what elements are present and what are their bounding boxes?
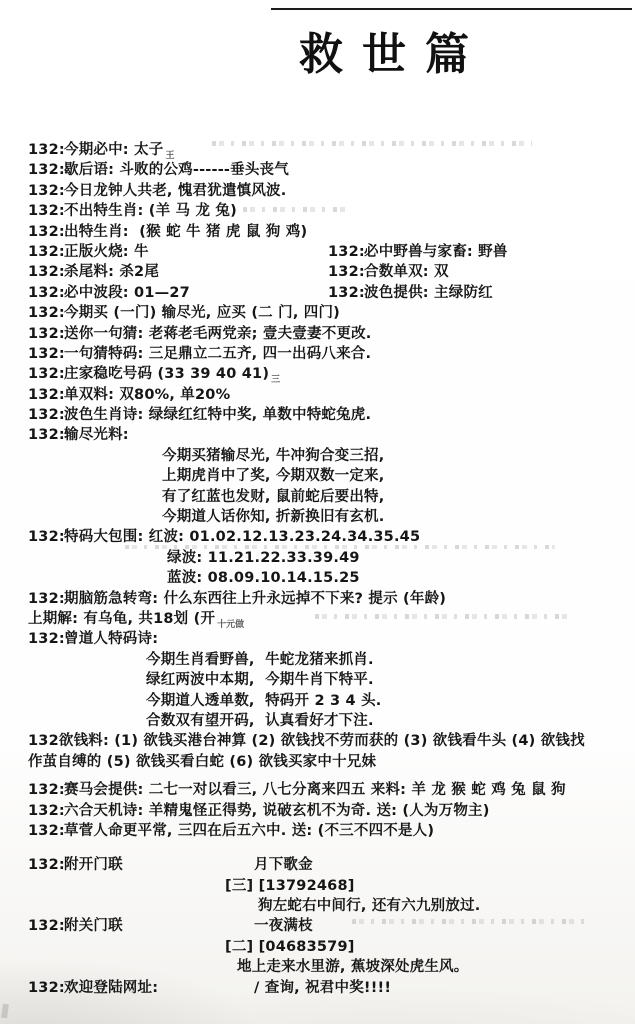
line-text: 有了红蓝也发财, 鼠前蛇后要出特,	[162, 489, 384, 505]
line-text: 今期买 (一门) 输尽光, 应买 (二 门, 四门)	[64, 305, 340, 321]
poem-line: 上期虎肖中了奖, 今期双数一定来,	[0, 464, 635, 484]
wave-numbers: 绿波: 11.21.22.33.39.49	[0, 546, 635, 566]
couplet-code: [二] [04683579]	[0, 935, 635, 955]
issue-line: 132:六合天机诗: 羊精鬼怪正得势, 说破玄机不为奇. 送: (人为万物主)	[0, 799, 635, 819]
issue-number: 132:	[28, 366, 64, 382]
line-text: 庄家稳吃号码 (33 39 40 41)	[64, 366, 269, 382]
line-text: 波色生肖诗: 绿绿红红特中奖, 单数中特蛇兔虎.	[64, 407, 371, 423]
line-text: 合数双有望开码, 认真看好才下注.	[146, 713, 374, 729]
wave-numbers: 蓝波: 08.09.10.14.15.25	[0, 566, 635, 586]
label-right: 一夜满枝	[254, 918, 313, 934]
line-text: 附关门联	[64, 914, 254, 935]
line-text: 草菅人命更平常, 三四在后五六中. 送: (不三不四不是人)	[64, 823, 434, 839]
issue-number: 132:	[28, 782, 64, 798]
scan-noise	[212, 141, 532, 146]
line-text: 上期解: 有乌龟, 共18划 (开	[28, 611, 215, 627]
title-underline	[271, 8, 632, 10]
couplet-code: [三] [13792468]	[0, 874, 635, 894]
issue-number: 132:	[28, 803, 64, 819]
line-text: 作茧自缚的 (5) 欲钱买看白蛇 (6) 欲钱买家中十兄妹	[28, 754, 376, 770]
issue-number: 132:	[28, 203, 64, 219]
section-label-line: 132:欢迎登陆网址:/ 查询, 祝君中奖!!!!	[0, 976, 635, 996]
line-text: 绿红两波中本期, 今期牛肖下特平.	[146, 672, 374, 688]
line-text: 地上走来水里游, 蕉坡深处虎生风。	[237, 959, 468, 975]
line-text: 狗左蛇右中间行, 还有六九别放过.	[258, 898, 480, 914]
line-text: 今日龙钟人共老, 愧君犹遣慎风波.	[64, 183, 286, 199]
scan-noise	[243, 207, 348, 212]
line-text: 今期必中: 太子	[64, 142, 163, 158]
issue-line: 132:草菅人命更平常, 三四在后五六中. 送: (不三不四不是人)	[0, 819, 635, 839]
issue-number: 132:	[28, 264, 64, 280]
line-text: 赛马会提供: 二七一对以看三, 八七分离来四五 来料: 羊 龙 猴 蛇 鸡 兔 …	[64, 782, 566, 798]
issue-number: 132:	[28, 529, 64, 545]
line-text: 不出特生肖: (羊 马 龙 兔)	[64, 203, 237, 219]
issue-number: 132:	[28, 918, 64, 934]
line-text: 合数单双: 双	[364, 264, 449, 280]
line-text: 六合天机诗: 羊精鬼怪正得势, 说破玄机不为奇. 送: (人为万物主)	[64, 803, 490, 819]
line-text: 蓝波: 08.09.10.14.15.25	[167, 570, 360, 586]
section-label-line: 132:附关门联一夜满枝	[0, 914, 635, 934]
line-text: 波色提供: 主绿防红	[364, 285, 493, 301]
line-text: [二] [04683579]	[225, 939, 355, 955]
issue-line: 132:期脑筋急转弯: 什么东西往上升永远掉不下来? 提示 (年龄)	[0, 587, 635, 607]
issue-line: 132:赛马会提供: 二七一对以看三, 八七分离来四五 来料: 羊 龙 猴 蛇 …	[0, 778, 635, 798]
issue-number: 132:	[28, 407, 64, 423]
issue-number: 132:	[28, 387, 64, 403]
issue-number: 132:	[28, 591, 64, 607]
line-text: 附开门联	[64, 853, 254, 874]
issue-number: 132:	[28, 980, 64, 996]
issue-line-pair: 132:正版火烧: 牛132:必中野兽与家畜: 野兽	[0, 240, 635, 260]
issue-line-pair: 132:必中波段: 01—27132:波色提供: 主绿防红	[0, 281, 635, 301]
line-text: 送你一句猜: 老蒋老毛两党亲; 壹夫壹妻不更改.	[64, 326, 372, 342]
issue-number: 132:	[328, 264, 364, 280]
issue-number: 132:	[28, 142, 64, 158]
issue-line: 132:特码大包围: 红波: 01.02.12.13.23.24.34.35.4…	[0, 525, 635, 545]
line-text: [三] [13792468]	[225, 878, 355, 894]
poem-line: 今期生肖看野兽, 牛蛇龙猪来抓肖.	[0, 648, 635, 668]
issue-number: 132:	[28, 285, 64, 301]
label-right: / 查询, 祝君中奖!!!!	[254, 980, 391, 996]
line-text: 特码大包围: 红波: 01.02.12.13.23.24.34.35.45	[64, 529, 420, 545]
section-label-line: 132:附开门联月下歌金	[0, 853, 635, 873]
line-text: 欢迎登陆网址:	[64, 976, 254, 997]
poem-line: 今期买猪输尽光, 牛冲狗合变三招,	[0, 444, 635, 464]
issue-number: 132:	[28, 244, 64, 260]
issue-number: 132:	[328, 244, 364, 260]
line-text: 杀尾料: 杀2尾	[64, 260, 328, 281]
issue-line: 132:今期买 (一门) 输尽光, 应买 (二 门, 四门)	[0, 301, 635, 321]
scan-noise	[315, 614, 570, 619]
poem-line: 合数双有望开码, 认真看好才下注.	[0, 709, 635, 729]
text-line: 上期解: 有乌龟, 共18划 (开十元做	[0, 607, 635, 627]
scan-artifact	[1, 1004, 9, 1019]
line-text: 正版火烧: 牛	[64, 240, 328, 261]
issue-number: 132:	[28, 162, 64, 178]
line-text: 绿波: 11.21.22.33.39.49	[167, 550, 360, 566]
issue-number: 132:	[28, 183, 64, 199]
issue-line: 132:输尽光料:	[0, 423, 635, 443]
line-text: 歇后语: 斗败的公鸡------垂头丧气	[64, 162, 289, 178]
issue-number: 132:	[28, 823, 64, 839]
issue-line: 132:曾道人特码诗:	[0, 627, 635, 647]
document-body: 132:今期必中: 太子王132:歇后语: 斗败的公鸡------垂头丧气132…	[0, 138, 635, 996]
poem-line: 有了红蓝也发财, 鼠前蛇后要出特,	[0, 485, 635, 505]
issue-line: 132:一句猜特码: 三足鼎立二五齐, 四一出码八来合.	[0, 342, 635, 362]
line-text: 输尽光料:	[64, 427, 129, 443]
text-line: 作茧自缚的 (5) 欲钱买看白蛇 (6) 欲钱买家中十兄妹	[0, 750, 635, 770]
line-text: 今期道人透单数, 特码开 2 3 4 头.	[146, 693, 381, 709]
page-title: 救世篇	[299, 18, 488, 82]
issue-line: 132:歇后语: 斗败的公鸡------垂头丧气	[0, 158, 635, 178]
line-text: 单双料: 双80%, 单20%	[64, 387, 230, 403]
issue-number: 132:	[28, 224, 64, 240]
line-text: 曾道人特码诗:	[64, 631, 158, 647]
issue-line: 132:今日龙钟人共老, 愧君犹遣慎风波.	[0, 179, 635, 199]
label-right: 月下歌金	[254, 857, 313, 873]
issue-number: 132:	[28, 427, 64, 443]
line-text: 出特生肖: (猴 蛇 牛 猪 虎 鼠 狗 鸡)	[64, 224, 307, 240]
issue-number: 132:	[28, 631, 64, 647]
line-text: 上期虎肖中了奖, 今期双数一定来,	[162, 468, 384, 484]
couplet-verse: 地上走来水里游, 蕉坡深处虎生风。	[0, 955, 635, 975]
line-text: 今期道人话你知, 折新换旧有玄机.	[162, 509, 384, 525]
text-line: 132欲钱料: (1) 欲钱买港台神算 (2) 欲钱找不劳而获的 (3) 欲钱看…	[0, 729, 635, 749]
issue-line: 132:今期必中: 太子王	[0, 138, 635, 158]
line-text: 期脑筋急转弯: 什么东西往上升永远掉不下来? 提示 (年龄)	[64, 591, 446, 607]
issue-number: 132:	[28, 305, 64, 321]
issue-line: 132:出特生肖: (猴 蛇 牛 猪 虎 鼠 狗 鸡)	[0, 220, 635, 240]
line-text: 一句猜特码: 三足鼎立二五齐, 四一出码八来合.	[64, 346, 371, 362]
issue-number: 132:	[28, 857, 64, 873]
line-text: 必中波段: 01—27	[64, 281, 328, 302]
couplet-verse: 狗左蛇右中间行, 还有六九别放过.	[0, 894, 635, 914]
poem-line: 今期道人话你知, 折新换旧有玄机.	[0, 505, 635, 525]
line-text: 今期买猪输尽光, 牛冲狗合变三招,	[162, 448, 384, 464]
line-text: 今期生肖看野兽, 牛蛇龙猪来抓肖.	[146, 652, 374, 668]
poem-line: 今期道人透单数, 特码开 2 3 4 头.	[0, 689, 635, 709]
issue-line-pair: 132:杀尾料: 杀2尾132:合数单双: 双	[0, 260, 635, 280]
issue-number: 132:	[28, 346, 64, 362]
issue-line: 132:庄家稳吃号码 (33 39 40 41)三	[0, 362, 635, 382]
line-text: 必中野兽与家畜: 野兽	[364, 244, 508, 260]
line-text: 132欲钱料: (1) 欲钱买港台神算 (2) 欲钱找不劳而获的 (3) 欲钱看…	[28, 733, 585, 749]
issue-number: 132:	[328, 285, 364, 301]
spacer	[0, 839, 635, 853]
scan-noise	[352, 919, 587, 924]
issue-number: 132:	[28, 326, 64, 342]
issue-line: 132:波色生肖诗: 绿绿红红特中奖, 单数中特蛇兔虎.	[0, 403, 635, 423]
poem-line: 绿红两波中本期, 今期牛肖下特平.	[0, 668, 635, 688]
issue-line: 132:送你一句猜: 老蒋老毛两党亲; 壹夫壹妻不更改.	[0, 322, 635, 342]
issue-line: 132:不出特生肖: (羊 马 龙 兔)	[0, 199, 635, 219]
scanned-lottery-sheet: 救世篇 132:今期必中: 太子王132:歇后语: 斗败的公鸡------垂头丧…	[0, 0, 635, 1024]
issue-line: 132:单双料: 双80%, 单20%	[0, 383, 635, 403]
